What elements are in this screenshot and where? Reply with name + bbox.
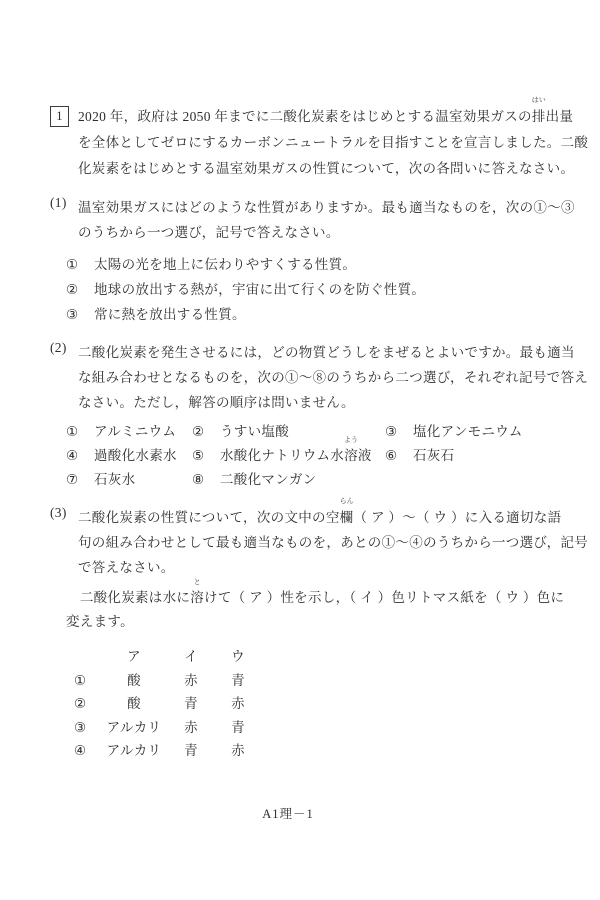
q2-options-row-1: ①アルミニウム ②うすい塩酸 ③塩化アンモニウム: [66, 420, 554, 444]
q1-line-1: 温室効果ガスにはどのような性質がありますか。最も適当なものを，次の①～③: [78, 195, 554, 220]
q2-line-1: 二酸化炭素を発生させるには，どの物質どうしをまぜるとよいですか。最も適当: [78, 340, 554, 365]
table-row: ② 酸 青 赤: [72, 692, 554, 716]
q2-option-1: ①アルミニウム: [66, 420, 192, 444]
q2-option-7: ⑦石灰水: [66, 468, 192, 492]
page-footer: A1理－1: [0, 804, 576, 822]
q3-passage-line-1: 二酸化炭素は水に溶とけて（ ア ）性を示し，（ イ ）色リトマス紙を（ ウ ）色…: [66, 586, 554, 610]
furigana-you: 溶よう: [344, 444, 358, 468]
furigana-base: 溶: [190, 590, 204, 605]
cell-a: 酸: [102, 692, 166, 716]
furigana-text: はい: [532, 97, 546, 104]
option-number: ⑦: [66, 468, 80, 492]
q2-option-3: ③塩化アンモニウム: [385, 420, 554, 444]
q2-option-empty: [385, 468, 554, 492]
row-number: ③: [72, 716, 102, 740]
answer-combination-table: ア イ ウ ① 酸 赤 青 ② 酸 青 赤 ③ アルカリ 赤 青: [72, 645, 554, 763]
sub-question-2-label: (2): [50, 340, 67, 356]
question-number-box: 1: [50, 106, 69, 127]
option-number: ⑤: [192, 444, 206, 468]
sub-question-2-text: 二酸化炭素を発生させるには，どの物質どうしをまぜるとよいですか。最も適当 な組み…: [78, 340, 554, 415]
furigana-base: 排: [532, 109, 546, 124]
furigana-text: よう: [344, 437, 358, 444]
furigana-base: 欄: [340, 510, 354, 525]
intro-line-1-pre: 2020 年，政府は 2050 年までに二酸化炭素をはじめとする温室効果ガスの: [78, 109, 532, 124]
choice-text: 太陽の光を地上に伝わりやすくする性質。: [94, 252, 356, 277]
cell-u: 赤: [216, 739, 260, 763]
q2-line-3: なさい。ただし，解答の順序は問いません。: [78, 390, 554, 415]
table-header-i: イ: [166, 645, 216, 669]
option-number: ⑥: [385, 444, 399, 468]
cell-a: アルカリ: [102, 739, 166, 763]
q2-line-2: な組み合わせとなるものを，次の①～⑧のうちから二つ選び，それぞれ記号で答え: [78, 365, 554, 390]
table-header-row: ア イ ウ: [72, 645, 554, 669]
exam-page: 1 2020 年，政府は 2050 年までに二酸化炭素をはじめとする温室効果ガス…: [0, 0, 600, 900]
cell-a: アルカリ: [102, 716, 166, 740]
option-label: 石灰石: [413, 444, 454, 468]
choice-number: ③: [66, 302, 80, 327]
question-1-intro: 1 2020 年，政府は 2050 年までに二酸化炭素をはじめとする温室効果ガス…: [50, 104, 554, 182]
cell-u: 赤: [216, 692, 260, 716]
q2-option-5: ⑤水酸化ナトリウム水溶よう液: [192, 444, 385, 468]
furigana-text: と: [194, 579, 201, 586]
option-label: アルミニウム: [94, 420, 176, 444]
intro-line-3: 化炭素をはじめとする温室効果ガスの性質について，次の各問いに答えなさい。: [78, 156, 554, 182]
q1-choices: ①太陽の光を地上に伝わりやすくする性質。 ②地球の放出する熱が，宇宙に出て行くの…: [50, 252, 554, 327]
table-header-u: ウ: [216, 645, 260, 669]
q1-line-2: のうちから一つ選び，記号で答えなさい。: [78, 220, 554, 245]
sub-question-1-label: (1): [50, 195, 67, 211]
cell-i: 赤: [166, 716, 216, 740]
q3-passage-line-2: 変えます。: [66, 610, 554, 634]
option-number: ⑧: [192, 468, 206, 492]
option-label-post: 液: [358, 448, 372, 463]
row-number: ①: [72, 669, 102, 693]
intro-line-1-post: 出量: [546, 109, 574, 124]
q2-option-8: ⑧二酸化マンガン: [192, 468, 385, 492]
option-label: 水酸化ナトリウム水溶よう液: [220, 444, 372, 468]
furigana-text: らん: [340, 498, 354, 505]
choice-text: 地球の放出する熱が，宇宙に出て行くのを防ぐ性質。: [94, 277, 425, 302]
q3-line-1: 二酸化炭素の性質について，次の文中の空欄らん（ ア ）～（ ウ ）に入る適切な語: [78, 505, 554, 530]
option-label: 過酸化水素水: [94, 444, 177, 468]
table-header-empty: [72, 645, 102, 669]
cell-i: 赤: [166, 669, 216, 693]
cell-i: 青: [166, 692, 216, 716]
choice-text: 常に熱を放出する性質。: [94, 302, 246, 327]
cell-u: 青: [216, 716, 260, 740]
cell-i: 青: [166, 739, 216, 763]
passage-indent: [66, 590, 80, 605]
furigana-hai: 排はい: [532, 104, 546, 130]
sub-question-3-text: 二酸化炭素の性質について，次の文中の空欄らん（ ア ）～（ ウ ）に入る適切な語…: [78, 505, 554, 580]
q1-choice-3: ③常に熱を放出する性質。: [66, 302, 554, 327]
sub-question-1-text: 温室効果ガスにはどのような性質がありますか。最も適当なものを，次の①～③ のうち…: [78, 195, 554, 245]
passage-post: けて（ ア ）性を示し，（ イ ）色リトマス紙を（ ウ ）色に: [204, 590, 564, 605]
sub-question-1: (1) 温室効果ガスにはどのような性質がありますか。最も適当なものを，次の①～③…: [50, 195, 554, 245]
sub-question-2: (2) 二酸化炭素を発生させるには，どの物質どうしをまぜるとよいですか。最も適当…: [50, 340, 554, 415]
intro-line-2: を全体としてゼロにするカーボンニュートラルを目指すことを宣言しました。二酸: [78, 130, 554, 156]
furigana-ran: 欄らん: [340, 505, 354, 530]
q3-line-2: 句の組み合わせとして最も適当なものを，あとの①～④のうちから一つ選び，記号: [78, 530, 554, 555]
q1-choice-1: ①太陽の光を地上に伝わりやすくする性質。: [66, 252, 554, 277]
row-number: ④: [72, 739, 102, 763]
q3-line-1-post: （ ア ）～（ ウ ）に入る適切な語: [353, 510, 561, 525]
furigana-base: 溶: [344, 448, 358, 463]
table-row: ④ アルカリ 青 赤: [72, 739, 554, 763]
q2-options-row-2: ④過酸化水素水 ⑤水酸化ナトリウム水溶よう液 ⑥石灰石: [66, 444, 554, 468]
intro-line-1: 2020 年，政府は 2050 年までに二酸化炭素をはじめとする温室効果ガスの排…: [78, 104, 554, 130]
option-number: ④: [66, 444, 80, 468]
cell-u: 青: [216, 669, 260, 693]
sub-question-3: (3) 二酸化炭素の性質について，次の文中の空欄らん（ ア ）～（ ウ ）に入る…: [50, 505, 554, 580]
furigana-to: 溶と: [190, 586, 204, 610]
cell-a: 酸: [102, 669, 166, 693]
q2-options-row-3: ⑦石灰水 ⑧二酸化マンガン: [66, 468, 554, 492]
choice-number: ①: [66, 252, 80, 277]
q3-line-3: で答えなさい。: [78, 555, 554, 580]
table-header-a: ア: [102, 645, 166, 669]
option-label: 塩化アンモニウム: [413, 420, 523, 444]
table-row: ① 酸 赤 青: [72, 669, 554, 693]
q1-choice-2: ②地球の放出する熱が，宇宙に出て行くのを防ぐ性質。: [66, 277, 554, 302]
option-label: 石灰水: [94, 468, 135, 492]
q2-options: ①アルミニウム ②うすい塩酸 ③塩化アンモニウム ④過酸化水素水 ⑤水酸化ナトリ…: [50, 420, 554, 492]
option-label-pre: 水酸化ナトリウム水: [220, 448, 344, 463]
option-label: うすい塩酸: [220, 420, 289, 444]
sub-question-3-label: (3): [50, 505, 67, 521]
passage-pre: 二酸化炭素は水に: [80, 590, 190, 605]
option-number: ①: [66, 420, 80, 444]
q2-option-6: ⑥石灰石: [385, 444, 554, 468]
table-row: ③ アルカリ 赤 青: [72, 716, 554, 740]
option-label: 二酸化マンガン: [220, 468, 317, 492]
choice-number: ②: [66, 277, 80, 302]
row-number: ②: [72, 692, 102, 716]
q2-option-4: ④過酸化水素水: [66, 444, 192, 468]
option-number: ③: [385, 420, 399, 444]
q3-passage: 二酸化炭素は水に溶とけて（ ア ）性を示し，（ イ ）色リトマス紙を（ ウ ）色…: [50, 586, 554, 634]
option-number: ②: [192, 420, 206, 444]
q3-line-1-pre: 二酸化炭素の性質について，次の文中の空: [78, 510, 340, 525]
exam-content: 1 2020 年，政府は 2050 年までに二酸化炭素をはじめとする温室効果ガス…: [0, 0, 600, 763]
